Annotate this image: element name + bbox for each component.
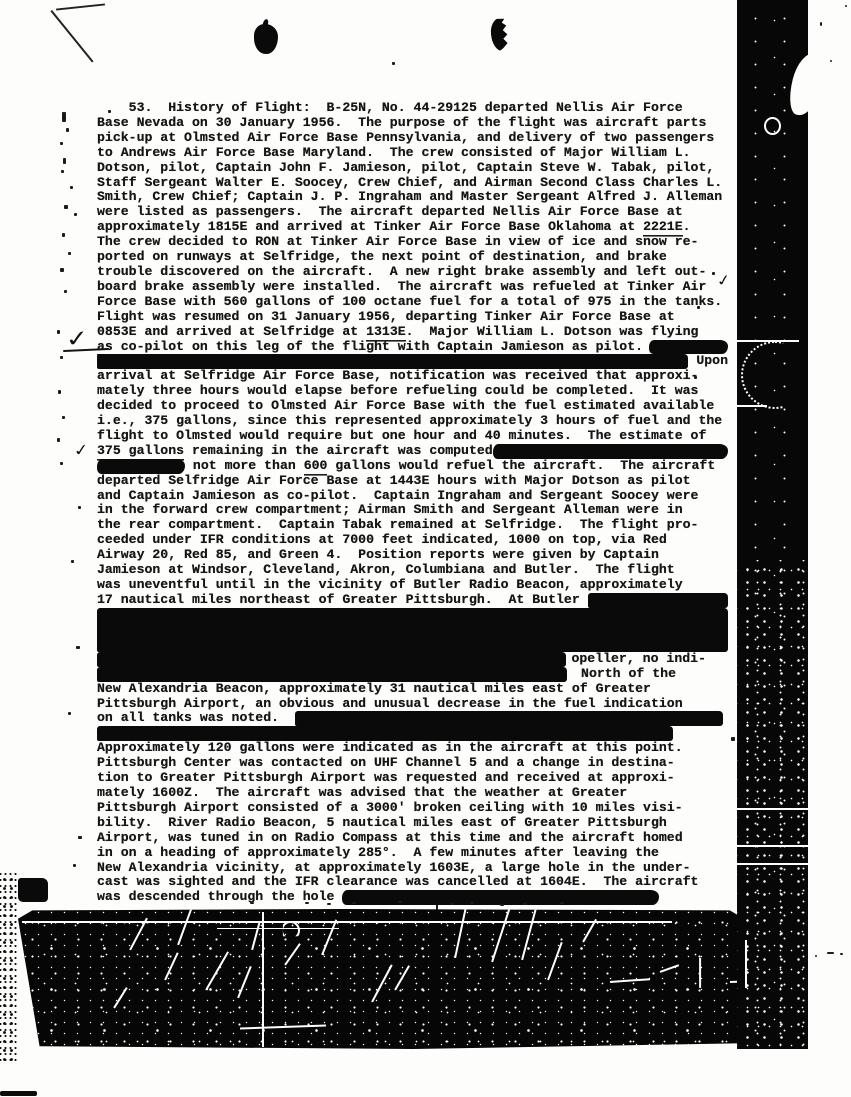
scratch-line <box>491 905 511 963</box>
scan-speck <box>560 902 564 904</box>
scratch-arc <box>741 341 808 409</box>
text-run: Airway 20, Red 85, and Green 4. Position… <box>97 548 659 563</box>
redaction-bar <box>493 444 728 459</box>
text-run: decided to proceed to Olmsted Air Force … <box>97 399 714 414</box>
text-line: was descended through the hole <box>97 890 728 905</box>
text-line: arrival at Selfridge Air Force Base, not… <box>97 369 728 384</box>
text-line: Pittsburgh Center was contacted on UHF C… <box>97 756 728 771</box>
text-run: Pittsburgh Airport consisted of a 3000' … <box>97 801 683 816</box>
text-run: opeller, no indi- <box>571 652 706 667</box>
text-line: was uneventful until in the vicinity of … <box>97 578 728 593</box>
text-line: as co-pilot on this leg of the flight wi… <box>97 340 728 355</box>
scan-speck <box>73 864 76 867</box>
scanner-noise-texture <box>737 560 808 1049</box>
scratch-line <box>737 863 808 865</box>
scratch-line <box>284 943 300 965</box>
text-run: Upon <box>688 354 728 369</box>
scan-speck <box>66 128 69 132</box>
text-run: Force Base with 560 gallons of 100 octan… <box>97 295 722 310</box>
scanner-edge-strip <box>737 0 808 1049</box>
text-run: tion to Greater Pittsburgh Airport was r… <box>97 771 675 786</box>
scan-speck <box>327 903 331 905</box>
text-line: tion to Greater Pittsburgh Airport was r… <box>97 771 728 786</box>
text-line: the rear compartment. Captain Tabak rema… <box>97 518 728 533</box>
text-line: in the forward crew compartment; Airman … <box>97 503 728 518</box>
redaction-bar <box>295 711 723 726</box>
text-run: was uneventful until in the vicinity of … <box>97 578 683 593</box>
text-run: trouble discovered on the aircraft. A ne… <box>97 265 706 280</box>
text-run: North of the <box>581 667 676 682</box>
redaction-bar <box>342 890 659 905</box>
text-run: 0853E and arrived at Selfridge at <box>97 325 366 340</box>
text-line: Dotson, pilot, Captain John F. Jamieson,… <box>97 161 728 176</box>
scratch-line <box>113 987 127 1008</box>
scratch-line <box>205 951 229 990</box>
text-run: not more than <box>185 459 304 474</box>
redaction-bar <box>97 652 566 667</box>
text-run: the rear compartment. Captain Tabak rema… <box>97 518 698 533</box>
scratch-line <box>164 952 178 980</box>
text-run: 2221E <box>643 220 683 235</box>
scan-speck <box>78 836 82 839</box>
text-line: pick-up at Olmsted Air Force Base Pennsy… <box>97 131 728 146</box>
scratch-line <box>321 919 337 955</box>
scan-speck <box>392 62 395 65</box>
scan-edge-blob <box>18 878 48 902</box>
text-run: New Alexandria Beacon, approximately 31 … <box>97 682 651 697</box>
scratch-line <box>737 405 767 407</box>
text-run: Base Nevada on 30 January 1956. The purp… <box>97 116 706 131</box>
text-run: Approximately 120 gallons were indicated… <box>97 741 683 756</box>
text-run: cast was sighted and the IFR clearance w… <box>97 875 698 890</box>
text-run: ported on runways at Selfridge, the next… <box>97 250 667 265</box>
scan-speck <box>57 330 60 334</box>
text-run: gallons would refuel the aircraft. The a… <box>327 459 715 474</box>
spacer <box>673 726 728 741</box>
scratch-line <box>521 900 539 960</box>
scan-speck <box>71 560 74 563</box>
scan-speck <box>731 737 735 741</box>
text-run: were listed as passengers. The aircraft … <box>97 205 683 220</box>
ink-blob <box>254 24 278 54</box>
text-line: 17 nautical miles northeast of Greater P… <box>97 593 728 608</box>
scan-speck <box>58 390 61 394</box>
text-run: board brake assembly were installed. The… <box>97 280 706 295</box>
handwritten-check-icon: ✓ <box>715 272 733 289</box>
text-line: in on a heading of approximately 285°. A… <box>97 846 728 861</box>
scan-speck <box>62 233 65 237</box>
text-run: on all tanks was noted. <box>97 711 295 726</box>
scan-speck <box>820 22 822 26</box>
scratch-line <box>699 958 701 988</box>
scratch-line <box>454 903 467 958</box>
text-line: New Alexandria Beacon, approximately 31 … <box>97 682 728 697</box>
spacer <box>676 667 728 682</box>
scan-speck <box>352 902 356 904</box>
scan-speck <box>62 416 65 419</box>
text-line: Force Base with 560 gallons of 100 octan… <box>97 295 728 310</box>
text-run: to Andrews Air Force Base Maryland. The … <box>97 146 691 161</box>
scan-speck <box>78 506 81 509</box>
text-run: as co-pilot on this leg of the flight wi… <box>97 340 643 355</box>
scan-speck <box>76 646 80 649</box>
scan-speck <box>68 712 71 715</box>
text-line: Base Nevada on 30 January 1956. The purp… <box>97 116 728 131</box>
scratch-line <box>660 964 679 973</box>
text-line: board brake assembly were installed. The… <box>97 280 728 295</box>
ink-blob <box>489 17 509 52</box>
text-run: Dotson, pilot, Captain John F. Jamieson,… <box>97 161 714 176</box>
text-line: Pittsburgh Airport consisted of a 3000' … <box>97 801 728 816</box>
scan-fold-line <box>50 10 93 63</box>
text-run: Pittsburgh Airport, an obvious and unusu… <box>97 697 683 712</box>
text-line: Airport, was tuned in on Radio Compass a… <box>97 831 728 846</box>
text-line: were listed as passengers. The aircraft … <box>97 205 728 220</box>
scratch-line <box>240 1024 326 1029</box>
scan-speck <box>470 902 474 904</box>
scan-speck <box>450 903 454 905</box>
text-line: decided to proceed to Olmsted Air Force … <box>97 399 728 414</box>
text-run: mately 1600Z. The aircraft was advised t… <box>97 786 627 801</box>
scan-edge-mark <box>0 1091 37 1096</box>
scratch-curl <box>281 921 300 940</box>
scan-speck <box>60 462 63 465</box>
text-line <box>97 726 728 741</box>
scan-speck <box>712 272 715 275</box>
scan-tear-notch <box>785 50 808 119</box>
redaction-bar <box>97 726 673 741</box>
text-run: Staff Sergeant Walter E. Soocey, Crew Ch… <box>97 176 722 191</box>
text-line: 0853E and arrived at Selfridge at 1313E.… <box>97 325 728 340</box>
text-line: not more than 600 gallons would refuel t… <box>97 459 728 474</box>
scan-speck <box>57 438 60 442</box>
text-line: The crew decided to RON at Tinker Air Fo… <box>97 235 728 250</box>
scratch-line <box>177 905 193 945</box>
scan-speck <box>64 205 68 209</box>
scratch-line <box>251 921 261 950</box>
text-run: arrival at Selfridge Air Force Base, not… <box>97 369 698 384</box>
scratch-line <box>547 942 562 980</box>
scan-speck <box>697 306 700 309</box>
text-run: and Captain Jamieson as co-pilot. Captai… <box>97 489 698 504</box>
text-run: The crew decided to RON at Tinker Air Fo… <box>97 235 698 250</box>
scan-speck <box>305 902 309 904</box>
redaction-bar <box>588 593 728 608</box>
text-line: mately three hours would elapse before r… <box>97 384 728 399</box>
text-line: North of the <box>97 667 728 682</box>
scratch-line <box>237 966 251 998</box>
text-run: departed Selfridge Air Force Base at 144… <box>97 474 691 489</box>
text-line <box>97 608 728 652</box>
spacer <box>706 652 728 667</box>
text-run: Jamieson at Windsor, Cleveland, Akron, C… <box>97 563 675 578</box>
scan-speck <box>815 955 817 957</box>
scan-speck <box>500 904 504 906</box>
text-run: 53. History of Flight: B-25N, No. 44-291… <box>97 101 683 116</box>
redaction-bar <box>97 459 185 474</box>
text-line: 53. History of Flight: B-25N, No. 44-291… <box>97 101 728 116</box>
text-run: 375 gallons <box>97 444 184 459</box>
text-line: mately 1600Z. The aircraft was advised t… <box>97 786 728 801</box>
text-run: 17 nautical miles northeast of Greater P… <box>97 593 588 608</box>
scratch-line <box>22 921 672 923</box>
text-line: ported on runways at Selfridge, the next… <box>97 250 728 265</box>
text-run: 1313E <box>366 325 406 340</box>
text-line: bility. River Radio Beacon, 5 nautical m… <box>97 816 728 831</box>
text-line: Approximately 120 gallons were indicated… <box>97 741 728 756</box>
scan-speck <box>827 952 834 954</box>
text-line: to Andrews Air Force Base Maryland. The … <box>97 146 728 161</box>
scan-speck <box>60 142 63 145</box>
text-line: Jamieson at Windsor, Cleveland, Akron, C… <box>97 563 728 578</box>
text-run: . <box>683 220 691 235</box>
text-run: ceeded under IFR conditions at 7000 feet… <box>97 533 667 548</box>
hole-punch-ring <box>764 117 781 135</box>
scanned-document-page: 53. History of Flight: B-25N, No. 44-291… <box>0 0 851 1097</box>
text-line: opeller, no indi- <box>97 652 728 667</box>
scan-speck <box>523 903 527 905</box>
scan-speck <box>68 252 71 255</box>
scan-speck <box>840 953 843 955</box>
text-line: Flight was resumed on 31 January 1956, d… <box>97 310 728 325</box>
redaction-bar <box>97 667 567 682</box>
text-line: trouble discovered on the aircraft. A ne… <box>97 265 728 280</box>
text-run: Flight was resumed on 31 January 1956, d… <box>97 310 675 325</box>
scan-edge-speckle <box>0 873 17 1063</box>
scan-speck <box>61 170 64 173</box>
text-run: approximately 1815E and arrived at Tinke… <box>97 220 643 235</box>
spacer <box>723 711 728 726</box>
scan-speck <box>74 213 77 216</box>
text-line: ceeded under IFR conditions at 7000 feet… <box>97 533 728 548</box>
spacer <box>567 667 581 682</box>
scan-speck <box>70 186 73 189</box>
text-line: Airway 20, Red 85, and Green 4. Position… <box>97 548 728 563</box>
scan-fold-line <box>56 3 105 10</box>
text-line: Upon <box>97 354 728 369</box>
text-line: cast was sighted and the IFR clearance w… <box>97 875 728 890</box>
text-run: flight to Olmsted would require but one … <box>97 429 706 444</box>
document-text: 53. History of Flight: B-25N, No. 44-291… <box>97 101 728 905</box>
text-run: . Major William L. Dotson was flying <box>406 325 699 340</box>
scan-speck <box>60 356 63 359</box>
redaction-bar <box>97 608 728 652</box>
text-line: Staff Sergeant Walter E. Soocey, Crew Ch… <box>97 176 728 191</box>
scan-speck <box>108 110 111 113</box>
text-run: Airport, was tuned in on Radio Compass a… <box>97 831 683 846</box>
scan-speck <box>62 112 66 122</box>
scratch-line <box>217 928 339 929</box>
text-run: remaining in the aircraft was computed <box>184 444 493 459</box>
text-line: Pittsburgh Airport, an obvious and unusu… <box>97 697 728 712</box>
scratch-line <box>737 340 799 342</box>
scanner-noise-band <box>18 909 737 1049</box>
text-line: flight to Olmsted would require but one … <box>97 429 728 444</box>
text-line: 375 gallons remaining in the aircraft wa… <box>97 444 728 459</box>
text-run: in on a heading of approximately 285°. A… <box>97 846 659 861</box>
handwritten-check-icon: ✓ <box>65 328 90 352</box>
handwritten-check-icon: ✓ <box>72 442 90 460</box>
scratch-line <box>745 940 747 988</box>
text-run: in the forward crew compartment; Airman … <box>97 503 683 518</box>
scratch-line <box>394 965 410 990</box>
scan-speck <box>845 5 847 7</box>
text-run: bility. River Radio Beacon, 5 nautical m… <box>97 816 667 831</box>
text-line: approximately 1815E and arrived at Tinke… <box>97 220 728 235</box>
text-line: Smith, Crew Chief; Captain J. P. Ingraha… <box>97 190 728 205</box>
text-line: New Alexandria vicinity, at approximatel… <box>97 861 728 876</box>
text-line: and Captain Jamieson as co-pilot. Captai… <box>97 489 728 504</box>
scratch-line <box>610 978 650 983</box>
text-run: Pittsburgh Center was contacted on UHF C… <box>97 756 675 771</box>
scan-speck <box>830 60 832 62</box>
scan-speck <box>250 902 254 904</box>
scratch-line <box>737 808 808 810</box>
text-run: mately three hours would elapse before r… <box>97 384 698 399</box>
scan-speck <box>398 901 402 903</box>
scratch-line <box>371 964 392 1002</box>
scan-speck <box>64 290 67 293</box>
text-line: i.e., 375 gallons, since this represente… <box>97 414 728 429</box>
scratch-line <box>737 845 808 847</box>
text-line: departed Selfridge Air Force Base at 144… <box>97 474 728 489</box>
text-line: on all tanks was noted. <box>97 711 728 726</box>
text-run: i.e., 375 gallons, since this represente… <box>97 414 722 429</box>
redaction-bar <box>97 354 688 369</box>
text-run: Smith, Crew Chief; Captain J. P. Ingraha… <box>97 190 722 205</box>
text-run: 600 <box>304 459 328 474</box>
scan-speck <box>60 268 64 272</box>
text-run: pick-up at Olmsted Air Force Base Pennsy… <box>97 131 714 146</box>
redaction-bar <box>649 340 728 355</box>
scan-speck <box>694 376 697 379</box>
text-run: New Alexandria vicinity, at approximatel… <box>97 861 691 876</box>
scan-speck <box>63 158 66 164</box>
